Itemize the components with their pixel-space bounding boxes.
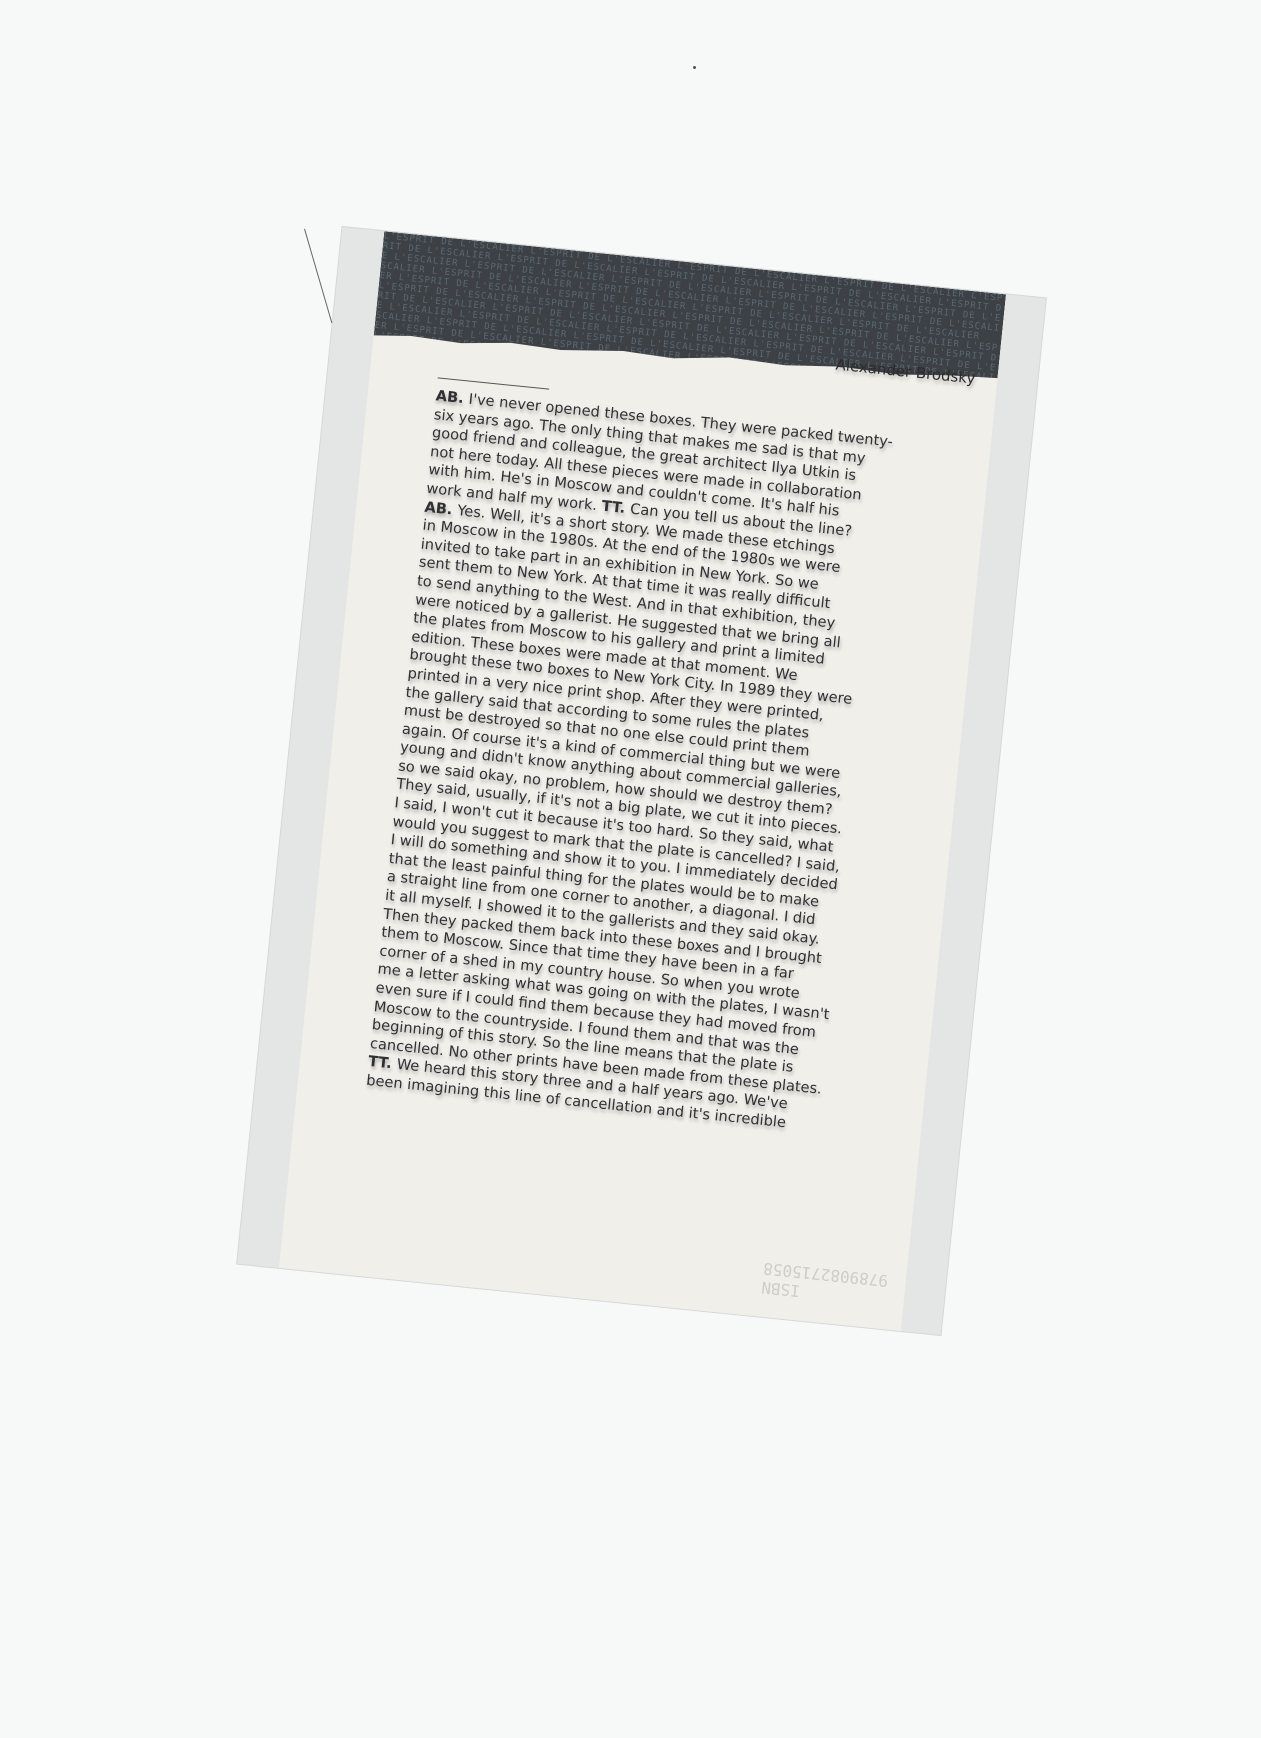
sleeve-fold-line bbox=[304, 229, 332, 323]
plastic-sleeve: L'ESPRIT DE L'ESCALIER L'ESPRIT DE L'ESC… bbox=[237, 227, 1046, 1335]
speaker-label: TT. bbox=[367, 1053, 397, 1073]
interview-text: AB. I've never opened these boxes. They … bbox=[365, 387, 793, 1126]
speaker-label: AB. bbox=[435, 387, 470, 407]
speaker-label: TT. bbox=[601, 498, 631, 518]
speaker-label: AB. bbox=[424, 498, 459, 518]
printed-page: L'ESPRIT DE L'ESCALIER L'ESPRIT DE L'ESC… bbox=[279, 231, 1006, 1331]
divider-rule bbox=[438, 377, 550, 389]
scan-speck bbox=[693, 66, 696, 69]
bleed-through-isbn: ISBN 9789082715058 bbox=[760, 1259, 888, 1309]
